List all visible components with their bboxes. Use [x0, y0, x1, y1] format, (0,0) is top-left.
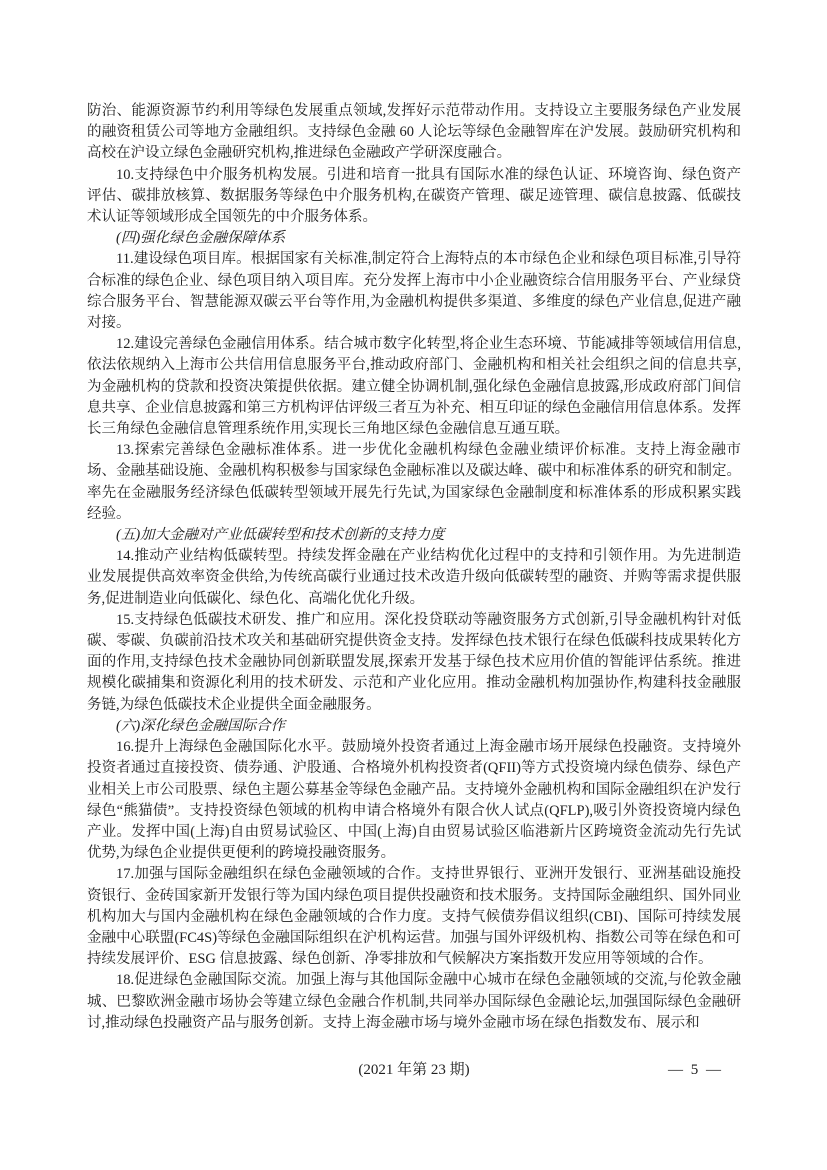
page-number: — 5 — [668, 1059, 723, 1081]
paragraph-continued: 防治、能源资源节约利用等绿色发展重点领域,发挥好示范带动作用。支持设立主要服务绿… [87, 101, 741, 165]
document-body: 防治、能源资源节约利用等绿色发展重点领域,发挥好示范带动作用。支持设立主要服务绿… [87, 101, 741, 1053]
heading-section-5: (五)加大金融对产业低碳转型和技术创新的支持力度 [87, 525, 741, 546]
paragraph-15: 15.支持绿色低碳技术研发、推广和应用。深化投贷联动等融资服务方式创新,引导金融… [87, 610, 741, 716]
heading-section-4: (四)强化绿色金融保障体系 [87, 228, 741, 249]
heading-section-6: (六)深化绿色金融国际合作 [87, 716, 741, 737]
paragraph-18: 18.促进绿色金融国际交流。加强上海与其他国际金融中心城市在绿色金融领域的交流,… [87, 970, 741, 1034]
paragraph-10: 10.支持绿色中介服务机构发展。引进和培育一批具有国际水准的绿色认证、环境咨询、… [87, 165, 741, 229]
paragraph-17: 17.加强与国际金融组织在绿色金融领域的合作。支持世界银行、亚洲开发银行、亚洲基… [87, 864, 741, 970]
paragraph-12: 12.建设完善绿色金融信用体系。结合城市数字化转型,将企业生态环境、节能减排等领… [87, 334, 741, 440]
page-footer: (2021 年第 23 期) — 5 — [87, 1059, 741, 1081]
issue-label: (2021 年第 23 期) [87, 1059, 741, 1081]
paragraph-14: 14.推动产业结构低碳转型。持续发挥金融在产业结构优化过程中的支持和引领作用。为… [87, 546, 741, 610]
paragraph-16: 16.提升上海绿色金融国际化水平。鼓励境外投资者通过上海金融市场开展绿色投融资。… [87, 737, 741, 864]
paragraph-13: 13.探索完善绿色金融标准体系。进一步优化金融机构绿色金融业绩评价标准。支持上海… [87, 440, 741, 525]
paragraph-11: 11.建设绿色项目库。根据国家有关标准,制定符合上海特点的本市绿色企业和绿色项目… [87, 249, 741, 334]
document-page: 防治、能源资源节约利用等绿色发展重点领域,发挥好示范带动作用。支持设立主要服务绿… [0, 0, 827, 1170]
